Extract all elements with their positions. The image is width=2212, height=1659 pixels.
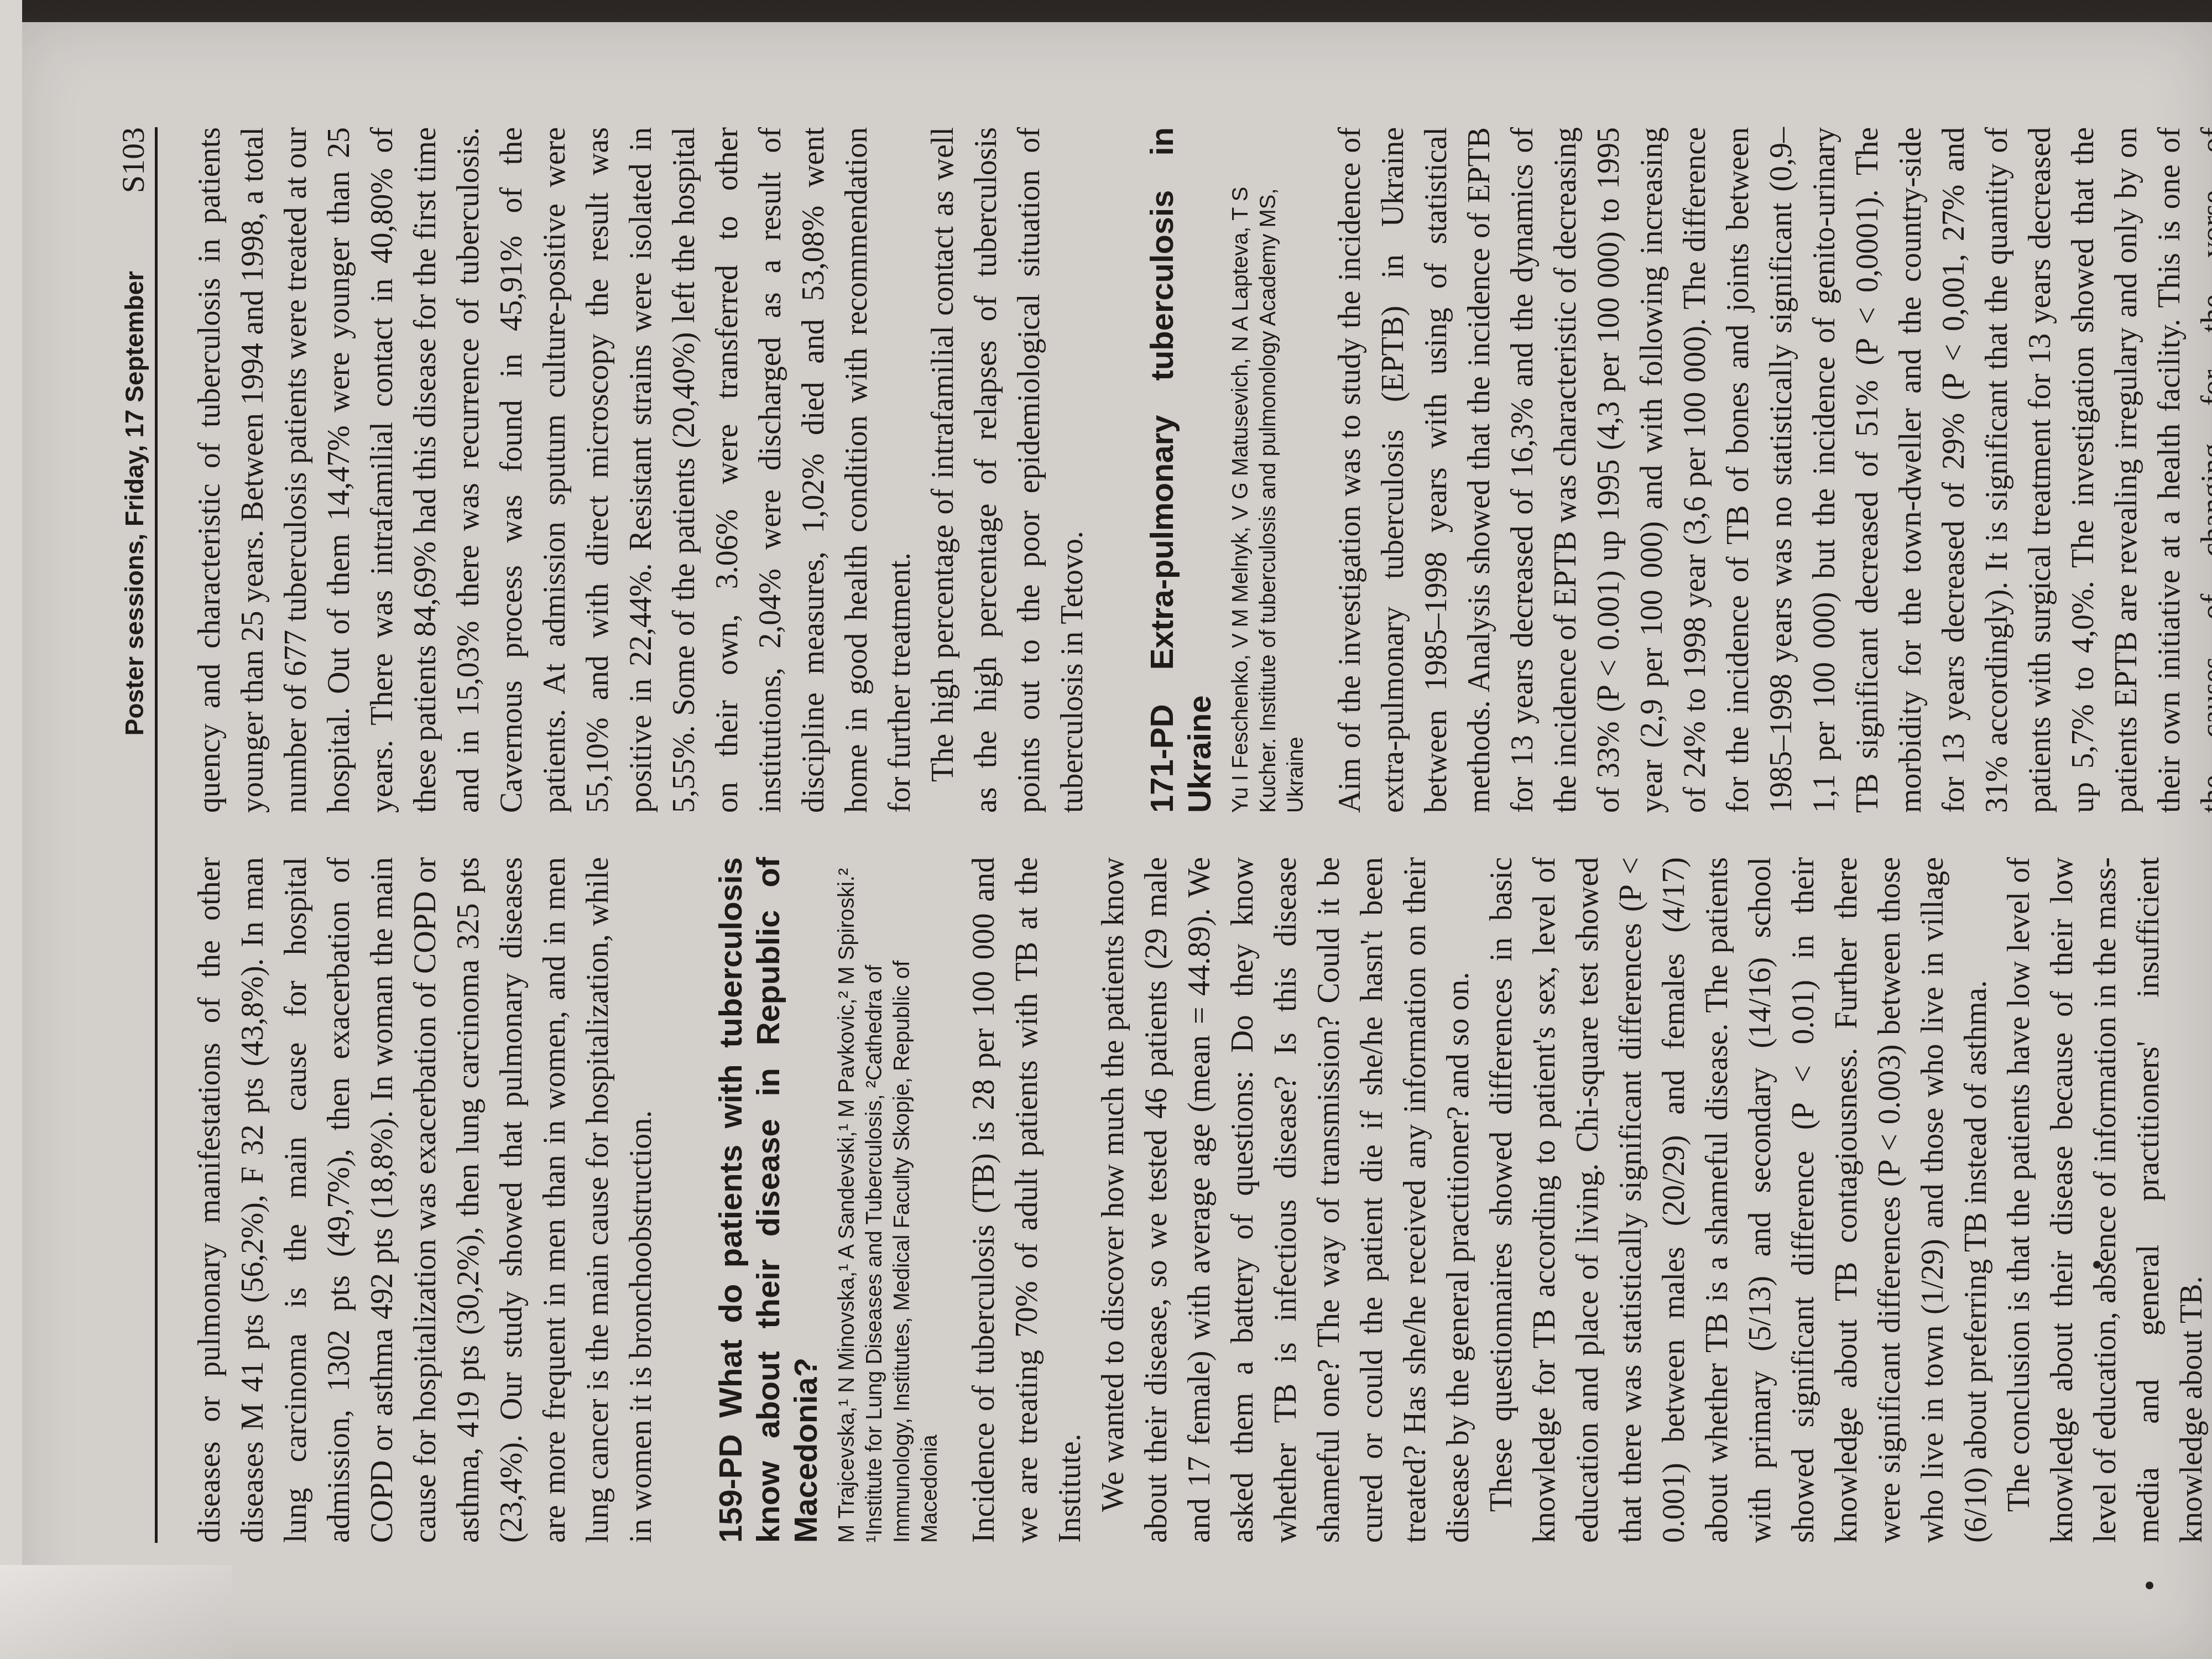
- page-corner-fold: [0, 1565, 232, 1659]
- rotated-page-content: Poster sessions, Friday, 17 September S1…: [17, 22, 2212, 1659]
- abstract-paragraph: These questionnaires showed differences …: [1480, 857, 1997, 1543]
- speck: [2146, 1582, 2153, 1589]
- continued-text: quency and characteristic of tuberculosi…: [188, 127, 921, 813]
- continued-text: The high percentage of intrafamilial con…: [921, 127, 1094, 813]
- abstract-title-171: 171-PD Extra-pulmonary tuberculosis in U…: [1144, 127, 1219, 813]
- abstract-paragraph: Incidence of tuberculosis (TB) is 28 per…: [962, 857, 1092, 1543]
- speck: [2093, 1261, 2101, 1269]
- abstract-paragraph: Aim of the investigation was to study th…: [1328, 127, 2212, 813]
- abstract-authors-171: Yu I Feschenko, V M Melnyk, V G Matusevi…: [1227, 127, 1310, 813]
- running-head: Poster sessions, Friday, 17 September: [119, 271, 149, 735]
- two-column-body: diseases or pulmonary manifestations of …: [188, 127, 2124, 1543]
- left-column: diseases or pulmonary manifestations of …: [188, 857, 2212, 1543]
- abstract-paragraph: We wanted to discover how much the patie…: [1092, 857, 1480, 1543]
- page-body: Poster sessions, Friday, 17 September S1…: [116, 127, 2162, 1543]
- page-number: S103: [114, 127, 152, 193]
- right-column: quency and characteristic of tuberculosi…: [188, 127, 2212, 813]
- page-header: Poster sessions, Friday, 17 September S1…: [116, 127, 158, 1543]
- abstract-title-159: 159-PD What do patients with tuberculosi…: [712, 857, 825, 1543]
- continued-text: diseases or pulmonary manifestations of …: [188, 857, 662, 1543]
- abstract-paragraph: The conclusion is that the patients have…: [1997, 857, 2212, 1543]
- abstract-authors-159: M Trajcevska,¹ N Minovska,¹ A Sandevski,…: [833, 857, 943, 1543]
